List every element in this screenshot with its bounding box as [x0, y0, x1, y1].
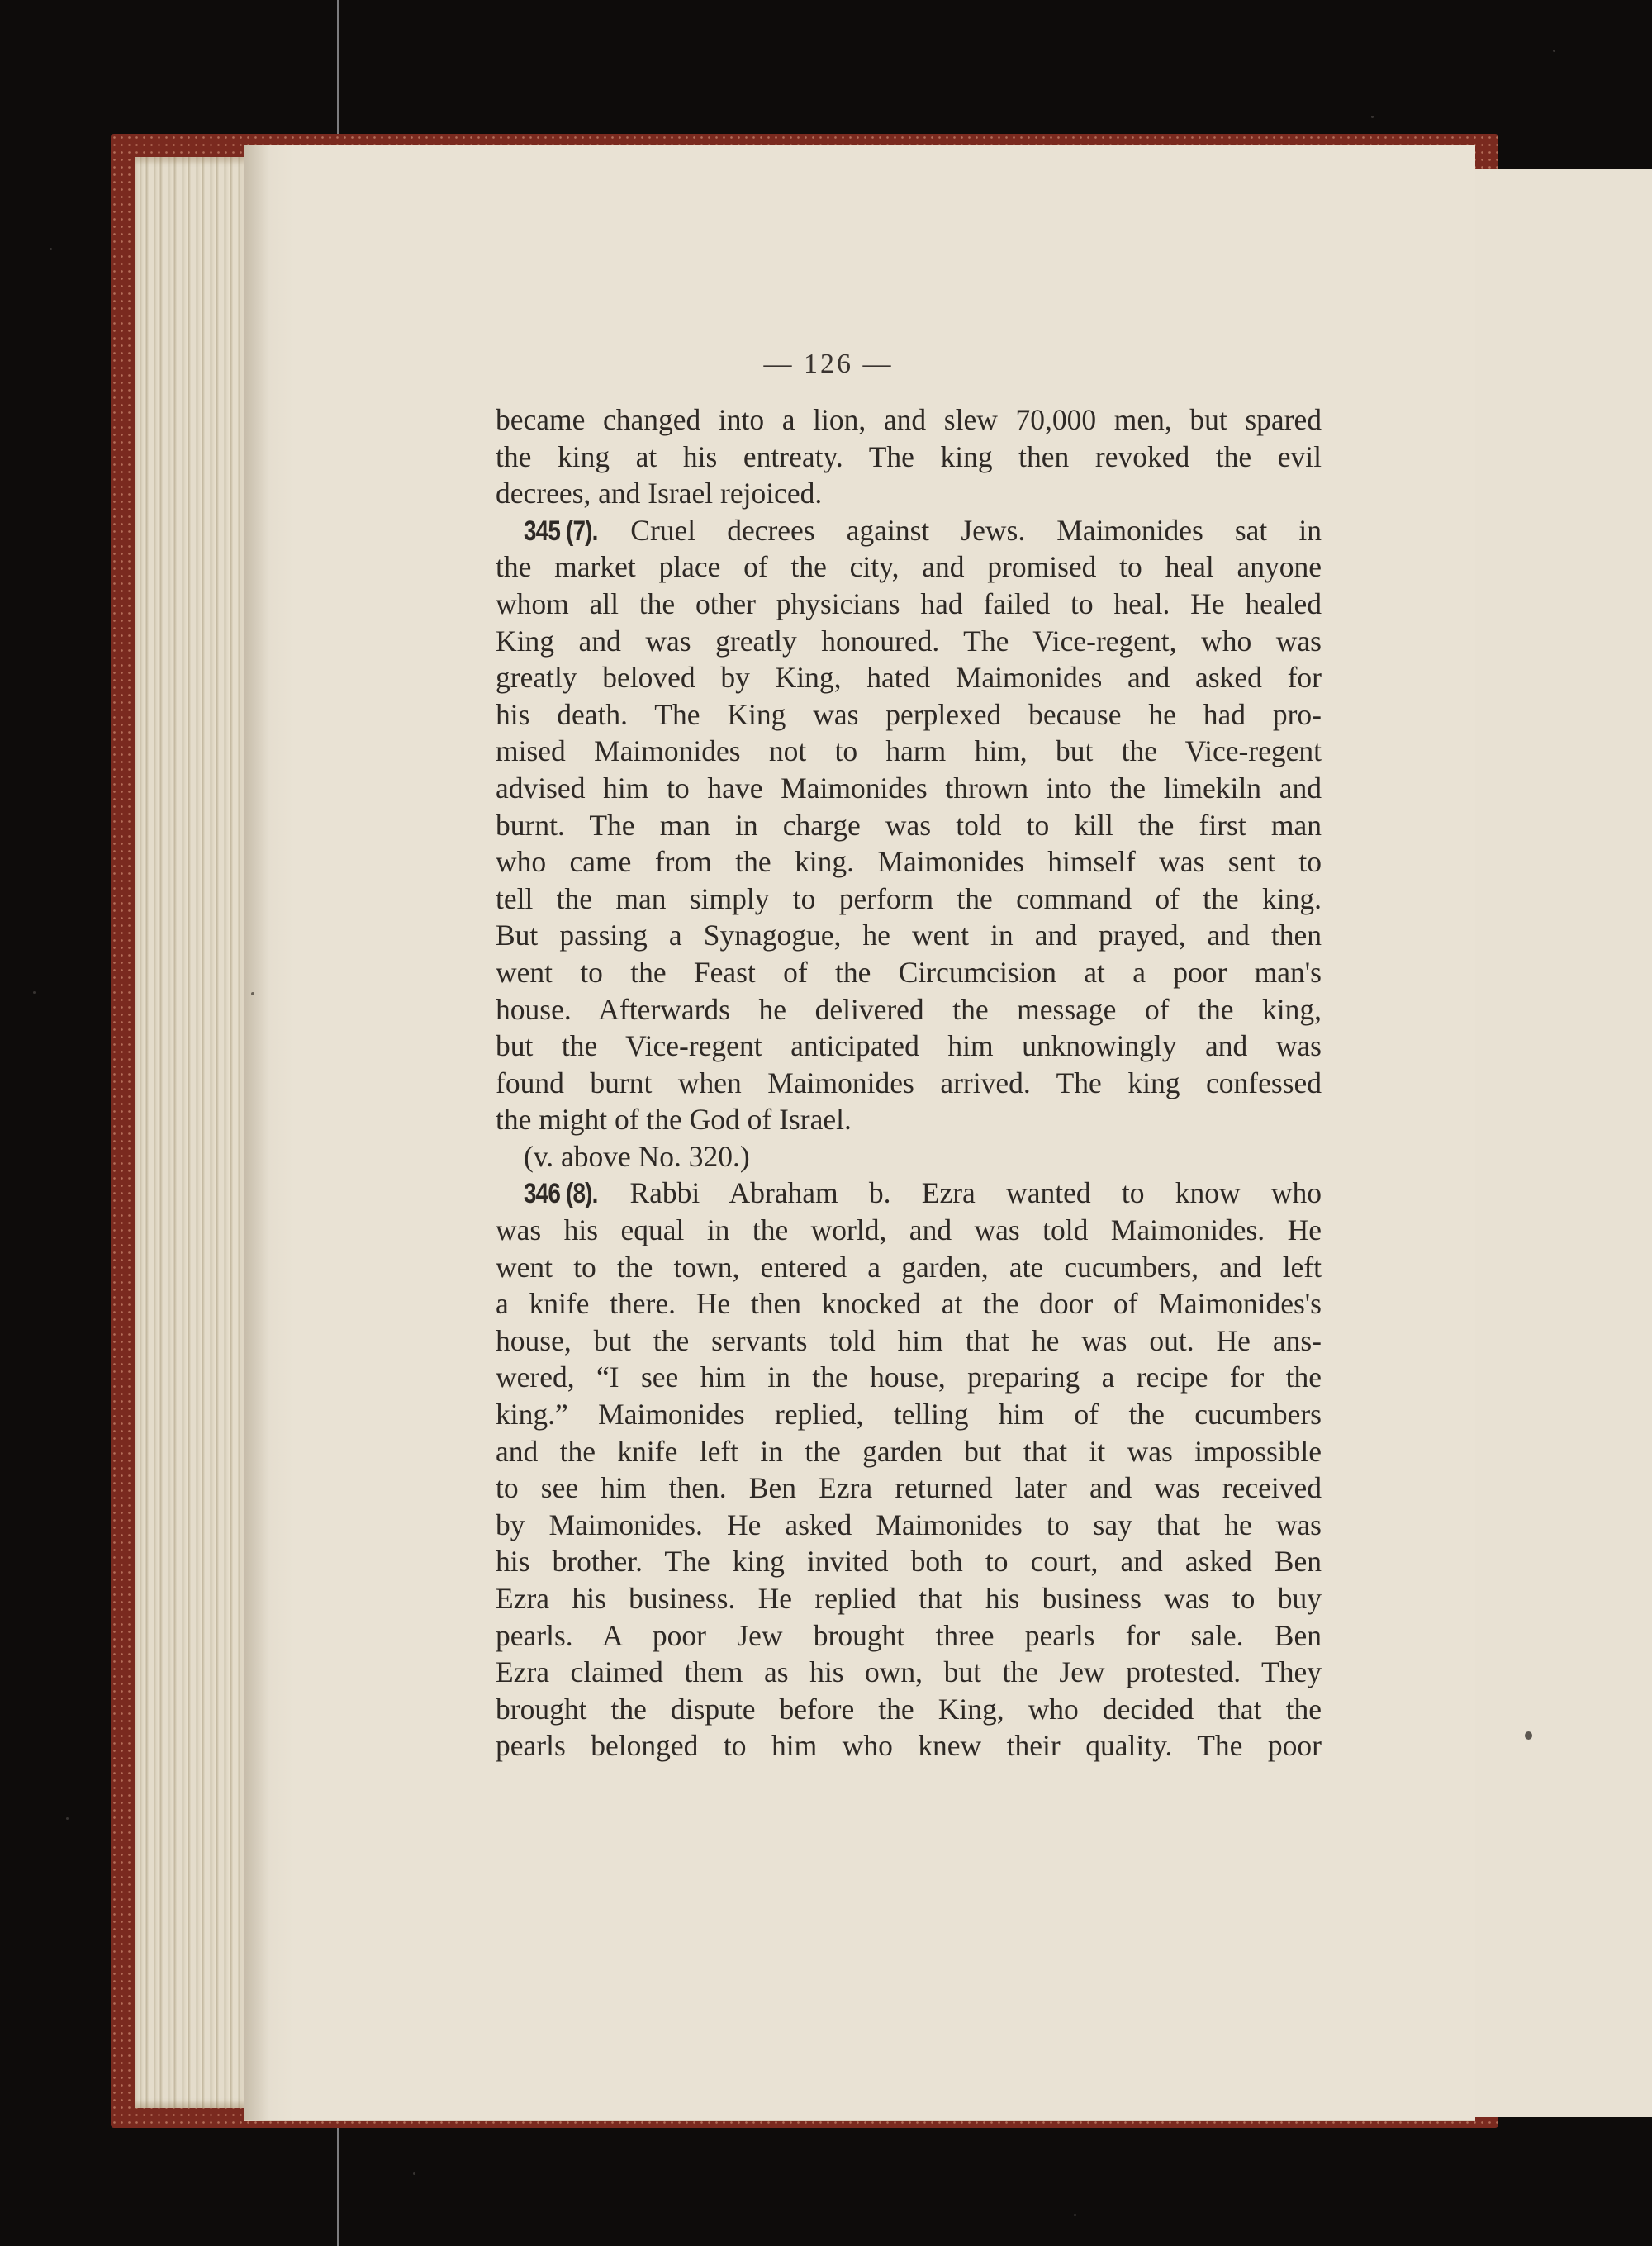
text-line: house, but the servants told him that he…	[496, 1322, 1322, 1360]
entry-number: 346 (8).	[524, 1175, 598, 1213]
text-line: Ezra his business. He replied that his b…	[496, 1580, 1322, 1617]
line-text: king.” Maimonides replied, telling him o…	[496, 1398, 1322, 1431]
line-text: house, but the servants told him that he…	[496, 1324, 1322, 1357]
text-line: greatly beloved by King, hated Maimonide…	[496, 659, 1322, 696]
text-line: was his equal in the world, and was told…	[496, 1212, 1322, 1249]
line-text: burnt. The man in charge was told to kil…	[496, 809, 1322, 842]
line-text: to see him then. Ben Ezra returned later…	[496, 1471, 1322, 1504]
text-line: house. Afterwards he delivered the messa…	[496, 991, 1322, 1028]
page-edges-stack	[135, 157, 246, 2108]
text-line: decrees, and Israel rejoiced.	[496, 475, 1322, 512]
text-line: and the knife left in the garden but tha…	[496, 1433, 1322, 1470]
line-text: went to the Feast of the Circumcision at…	[496, 956, 1322, 989]
line-text: by Maimonides. He asked Maimonides to sa…	[496, 1508, 1322, 1541]
text-line: whom all the other physicians had failed…	[496, 586, 1322, 623]
text-line: who came from the king. Maimonides himse…	[496, 843, 1322, 881]
text-line: burnt. The man in charge was told to kil…	[496, 807, 1322, 844]
line-text: (v. above No. 320.)	[524, 1140, 750, 1173]
text-line: (v. above No. 320.)	[496, 1138, 1322, 1175]
line-text: But passing a Synagogue, he went in and …	[496, 919, 1322, 952]
line-text: mised Maimonides not to harm him, but th…	[496, 734, 1322, 767]
text-line: brought the dispute before the King, who…	[496, 1691, 1322, 1728]
dust-speck	[66, 1817, 69, 1820]
line-text: wered, “I see him in the house, preparin…	[496, 1360, 1322, 1394]
line-text: King and was greatly honoured. The Vice-…	[496, 624, 1322, 658]
line-text: the king at his entreaty. The king then …	[496, 440, 1322, 473]
line-text: and the knife left in the garden but tha…	[496, 1435, 1322, 1468]
line-text: his death. The King was perplexed becaus…	[496, 698, 1322, 731]
support-string	[337, 0, 339, 136]
body-text: became changed into a lion, and slew 70,…	[496, 401, 1322, 1764]
dust-speck	[1371, 116, 1374, 118]
text-line: but the Vice-regent anticipated him unkn…	[496, 1028, 1322, 1065]
text-line: advised him to have Maimonides thrown in…	[496, 770, 1322, 807]
line-text: was his equal in the world, and was told…	[496, 1213, 1322, 1246]
line-text: advised him to have Maimonides thrown in…	[496, 772, 1322, 805]
text-line: by Maimonides. He asked Maimonides to sa…	[496, 1507, 1322, 1544]
text-line: mised Maimonides not to harm him, but th…	[496, 733, 1322, 770]
text-line: the king at his entreaty. The king then …	[496, 439, 1322, 476]
dust-speck	[33, 991, 36, 994]
gutter-shadow	[244, 145, 269, 2120]
text-line: became changed into a lion, and slew 70,…	[496, 401, 1322, 439]
line-text: pearls. A poor Jew brought three pearls …	[496, 1619, 1322, 1652]
adjacent-page-edge	[1470, 169, 1652, 2117]
line-text: house. Afterwards he delivered the messa…	[496, 993, 1322, 1026]
text-line: his death. The King was perplexed becaus…	[496, 696, 1322, 734]
text-line: pearls. A poor Jew brought three pearls …	[496, 1617, 1322, 1655]
line-text: who came from the king. Maimonides himse…	[496, 845, 1322, 878]
text-line: his brother. The king invited both to co…	[496, 1543, 1322, 1580]
line-text: his brother. The king invited both to co…	[496, 1545, 1322, 1578]
dust-speck	[50, 248, 52, 250]
line-text: pearls belonged to him who knew their qu…	[496, 1729, 1322, 1762]
text-line: the market place of the city, and promis…	[496, 548, 1322, 586]
line-text: Ezra claimed them as his own, but the Je…	[496, 1655, 1322, 1688]
line-text: greatly beloved by King, hated Maimonide…	[496, 661, 1322, 694]
line-text: went to the town, entered a garden, ate …	[496, 1251, 1322, 1284]
entry-heading-line: 346 (8). Rabbi Abraham b. Ezra wanted to…	[496, 1175, 1322, 1212]
dust-speck	[413, 2172, 415, 2175]
ink-spot	[1525, 1731, 1532, 1740]
text-line: king.” Maimonides replied, telling him o…	[496, 1396, 1322, 1433]
text-line: a knife there. He then knocked at the do…	[496, 1285, 1322, 1322]
line-text: found burnt when Maimonides arrived. The…	[496, 1066, 1322, 1099]
support-string	[337, 2127, 339, 2246]
line-text: the market place of the city, and promis…	[496, 550, 1322, 583]
text-line: tell the man simply to perform the comma…	[496, 881, 1322, 918]
text-line: the might of the God of Israel.	[496, 1101, 1322, 1138]
text-line: wered, “I see him in the house, preparin…	[496, 1359, 1322, 1396]
text-line: Ezra claimed them as his own, but the Je…	[496, 1654, 1322, 1691]
line-text: decrees, and Israel rejoiced.	[496, 477, 822, 510]
text-line: found burnt when Maimonides arrived. The…	[496, 1065, 1322, 1102]
book-page: — 126 — became changed into a lion, and …	[244, 145, 1475, 2121]
line-text: whom all the other physicians had failed…	[496, 587, 1322, 620]
line-text: Cruel decrees against Jews. Maimonides s…	[630, 514, 1322, 547]
text-line: King and was greatly honoured. The Vice-…	[496, 623, 1322, 660]
text-line: went to the town, entered a garden, ate …	[496, 1249, 1322, 1286]
line-text: a knife there. He then knocked at the do…	[496, 1287, 1322, 1320]
dust-speck	[1553, 50, 1555, 52]
line-text: but the Vice-regent anticipated him unkn…	[496, 1029, 1322, 1062]
page-number: — 126 —	[213, 349, 1444, 380]
text-line: to see him then. Ben Ezra returned later…	[496, 1470, 1322, 1507]
text-line: went to the Feast of the Circumcision at…	[496, 954, 1322, 991]
line-text: Rabbi Abraham b. Ezra wanted to know who	[629, 1176, 1322, 1209]
text-line: pearls belonged to him who knew their qu…	[496, 1727, 1322, 1764]
line-text: the might of the God of Israel.	[496, 1103, 852, 1136]
line-text: became changed into a lion, and slew 70,…	[496, 403, 1322, 436]
entry-heading-line: 345 (7). Cruel decrees against Jews. Mai…	[496, 512, 1322, 549]
text-line: But passing a Synagogue, he went in and …	[496, 917, 1322, 954]
line-text: Ezra his business. He replied that his b…	[496, 1582, 1322, 1615]
dust-speck	[1074, 2214, 1076, 2216]
entry-number: 345 (7).	[524, 513, 598, 550]
line-text: tell the man simply to perform the comma…	[496, 882, 1322, 915]
line-text: brought the dispute before the King, who…	[496, 1693, 1322, 1726]
